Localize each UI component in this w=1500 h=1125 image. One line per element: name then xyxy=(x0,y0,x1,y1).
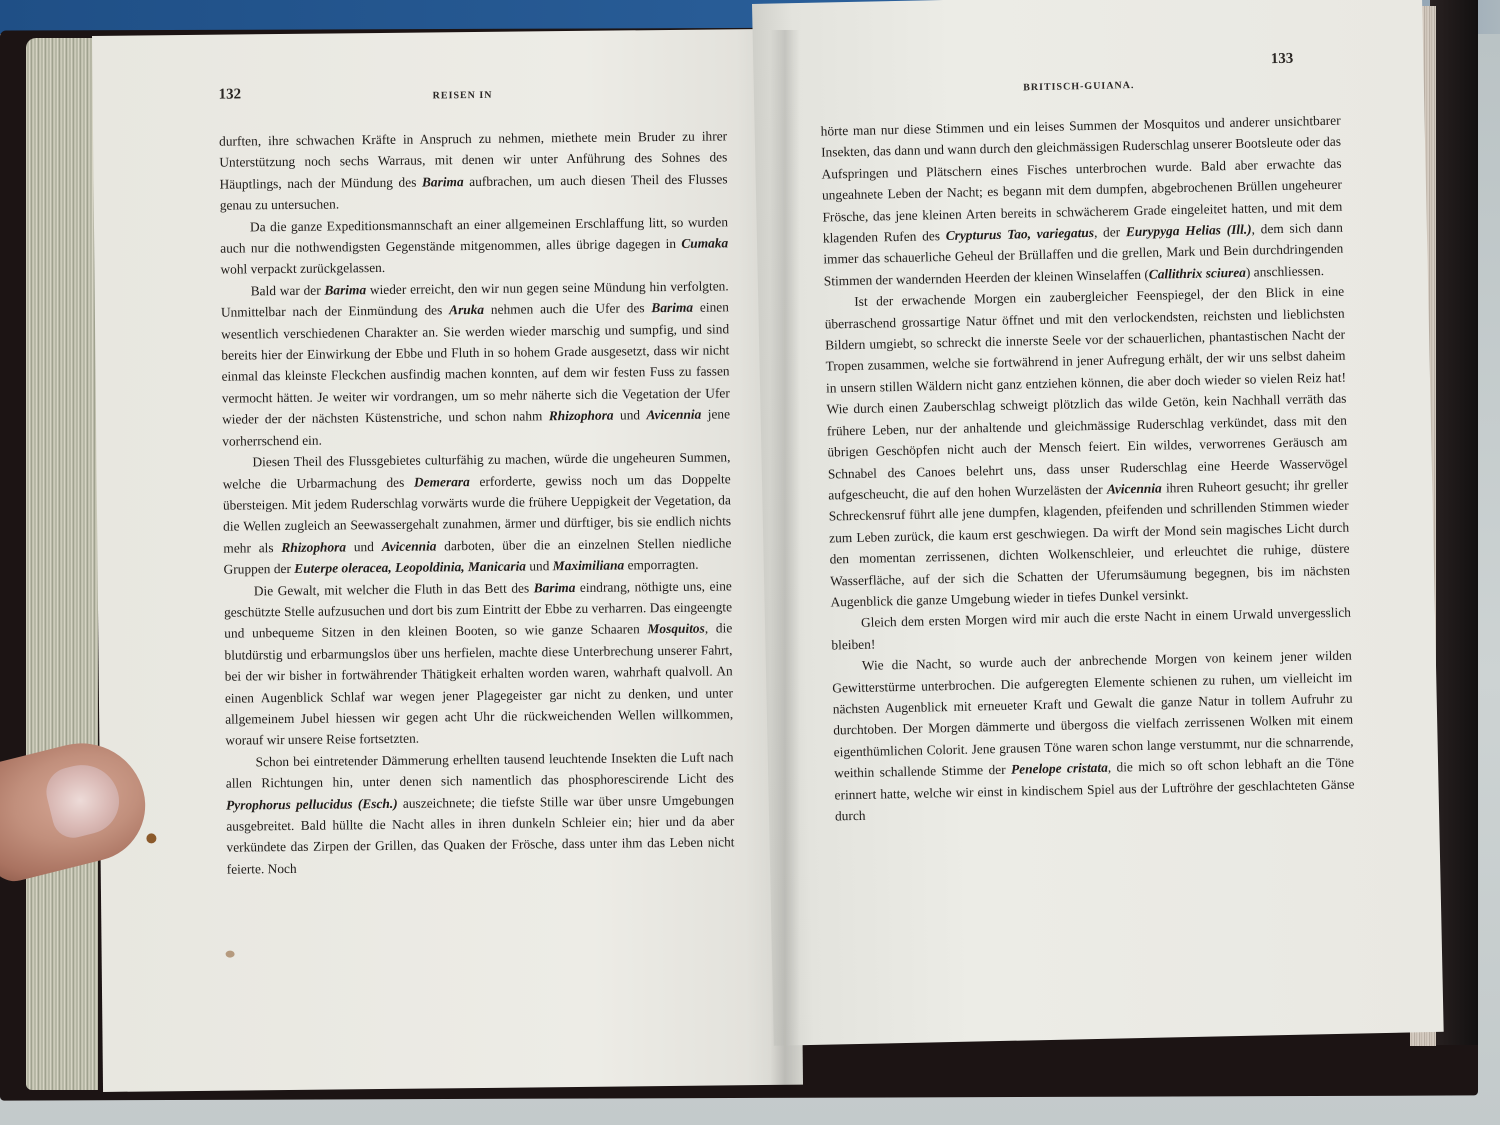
italic-term: Rhizophora xyxy=(549,408,614,424)
italic-term: Pyrophorus pellucidus (Esch.) xyxy=(226,795,398,812)
italic-term: Cumaka xyxy=(681,235,728,250)
page-edges-left xyxy=(26,38,98,1090)
text-run: und xyxy=(526,558,553,573)
text-run: nehmen auch die Ufer des xyxy=(484,300,651,317)
text-run: Schon bei eintretender Dämmerung erhellt… xyxy=(226,749,734,791)
italic-term: Aruka xyxy=(449,302,484,317)
paragraph: Diesen Theil des Flussgebietes culturfäh… xyxy=(222,446,731,580)
text-run: Da die ganze Expeditionsmannschaft an ei… xyxy=(220,214,728,256)
italic-term: Rhizophora xyxy=(281,539,346,555)
paragraph: Wie die Nacht, so wurde auch der anbrech… xyxy=(832,645,1355,827)
left-page: 132 REISEN IN durften, ihre schwachen Kr… xyxy=(92,29,803,1092)
italic-term: Eurypyga Helias (Ill.) xyxy=(1126,222,1252,240)
italic-term: Barima xyxy=(324,282,366,297)
foxing-spot xyxy=(146,833,156,843)
paragraph: Da die ganze Expeditionsmannschaft an ei… xyxy=(220,211,729,281)
text-run: , der xyxy=(1094,224,1126,240)
paragraph: durften, ihre schwachen Kräfte in Anspru… xyxy=(219,125,728,216)
paragraph: hörte man nur diese Stimmen und ein leis… xyxy=(820,110,1343,292)
paragraph: Schon bei eintretender Dämmerung erhellt… xyxy=(225,746,734,880)
italic-term: Demerara xyxy=(414,474,470,490)
italic-term: Avicennia xyxy=(1107,480,1162,496)
body-text: hörte man nur diese Stimmen und ein leis… xyxy=(820,110,1355,827)
italic-term: Mosquitos xyxy=(647,621,704,637)
italic-term: Euterpe oleracea, Leopoldinia, Manicaria xyxy=(294,559,526,576)
italic-term: Barima xyxy=(651,300,693,315)
text-run: und xyxy=(613,407,646,422)
foxing-spot xyxy=(226,951,235,958)
italic-term: Barima xyxy=(422,174,464,189)
italic-term: Avicennia xyxy=(646,407,701,423)
text-run: und xyxy=(346,539,382,554)
italic-term: Callithrix sciurea xyxy=(1149,265,1246,282)
italic-term: Maximiliana xyxy=(553,558,625,574)
italic-term: Avicennia xyxy=(382,538,437,554)
text-run: ) anschliessen. xyxy=(1246,263,1324,280)
text-run: Die Gewalt, mit welcher die Fluth in das… xyxy=(254,580,534,598)
text-run: wohl verpackt zurückgelassen. xyxy=(220,260,385,277)
italic-term: Penelope cristata xyxy=(1011,760,1108,777)
running-head: REISEN IN xyxy=(93,83,803,105)
paragraph: Ist der erwachende Morgen ein zauberglei… xyxy=(824,281,1351,613)
right-page: 133 BRITISCH-GUIANA. hörte man nur diese… xyxy=(752,0,1444,1046)
body-text: durften, ihre schwachen Kräfte in Anspru… xyxy=(219,125,735,879)
italic-term: Crypturus Tao, variegatus xyxy=(946,225,1095,243)
paragraph: Die Gewalt, mit welcher die Fluth in das… xyxy=(224,575,734,752)
italic-term: Barima xyxy=(534,580,576,595)
running-head: BRITISCH-GUIANA. xyxy=(752,74,1414,99)
page-number: 133 xyxy=(1271,51,1294,68)
paragraph: Bald war der Barima wieder erreicht, den… xyxy=(221,275,731,452)
text-run: emporragten. xyxy=(624,557,699,573)
text-run: Gleich dem ersten Morgen wird mir auch d… xyxy=(831,605,1351,652)
text-run: Ist der erwachende Morgen ein zauberglei… xyxy=(825,284,1348,503)
thumbnail xyxy=(41,757,126,842)
text-run: Bald war der xyxy=(251,282,325,298)
